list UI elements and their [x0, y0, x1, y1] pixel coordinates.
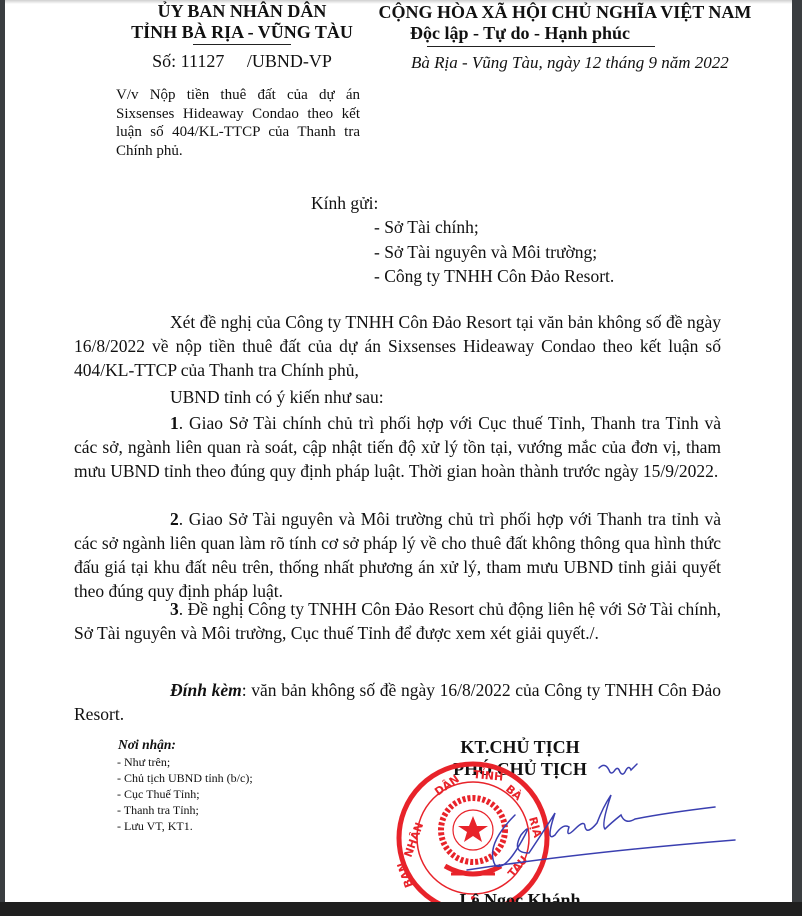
- item-2-paragraph: 2. Giao Sở Tài nguyên và Môi trường chủ …: [74, 507, 721, 603]
- addressee-item: - Sở Tài chính;: [374, 215, 479, 239]
- attachment-paragraph: Đính kèm: văn bản không số đề ngày 16/8/…: [74, 678, 721, 726]
- org-underline: [193, 44, 291, 45]
- document-subject: V/v Nộp tiền thuê đất của dự án Sixsense…: [116, 86, 360, 160]
- signer-name: Lê Ngọc Khánh: [425, 890, 615, 902]
- handwritten-signature-icon: [435, 760, 765, 880]
- place-date: Bà Rịa - Vũng Tàu, ngày 12 tháng 9 năm 2…: [411, 53, 729, 73]
- addressee-label: Kính gửi:: [311, 191, 378, 215]
- document-page: ỦY BAN NHÂN DÂN TỈNH BÀ RỊA - VŨNG TÀU S…: [5, 0, 792, 902]
- item-1-paragraph: 1. Giao Sở Tài chính chủ trì phối hợp vớ…: [74, 411, 721, 483]
- item-3-paragraph: 3. Đề nghị Công ty TNHH Côn Đảo Resort c…: [74, 597, 721, 645]
- recipient-item: - Thanh tra Tỉnh;: [117, 803, 199, 819]
- addressee-item: - Sở Tài nguyên và Môi trường;: [374, 240, 597, 264]
- intro-paragraph: Xét đề nghị của Công ty TNHH Côn Đảo Res…: [74, 310, 721, 382]
- recipient-item: - Chủ tịch UBND tỉnh (b/c);: [117, 771, 253, 787]
- recipient-item: - Như trên;: [117, 755, 170, 771]
- svg-text:BAN: BAN: [395, 860, 416, 889]
- attachment-label: Đính kèm: [170, 680, 242, 700]
- document-number: Số: 11127 /UBND-VP: [107, 51, 377, 72]
- item-number: 1: [170, 413, 179, 433]
- signature-title-line1: KT.CHỦ TỊCH: [425, 737, 615, 758]
- item-number: 3: [170, 599, 179, 619]
- item-number: 2: [170, 509, 179, 529]
- org-name-line1: ỦY BAN NHÂN DÂN: [107, 0, 377, 22]
- recipients-label: Nơi nhận:: [118, 737, 176, 754]
- recipient-item: - Lưu VT, KT1.: [117, 819, 193, 835]
- viewer-bottom-bar: [0, 902, 802, 916]
- recipient-item: - Cục Thuế Tỉnh;: [117, 787, 200, 803]
- nation-title: CỘNG HÒA XÃ HỘI CHỦ NGHĨA VIỆT NAM: [360, 1, 770, 23]
- motto-underline: [427, 46, 655, 47]
- nation-motto: Độc lập - Tự do - Hạnh phúc: [360, 22, 680, 44]
- addressee-item: - Công ty TNHH Côn Đảo Resort.: [374, 264, 614, 288]
- svg-text:NHÂN: NHÂN: [402, 821, 427, 859]
- opinion-line: UBND tỉnh có ý kiến như sau:: [74, 385, 721, 409]
- org-name-line2: TỈNH BÀ RỊA - VŨNG TÀU: [107, 21, 377, 43]
